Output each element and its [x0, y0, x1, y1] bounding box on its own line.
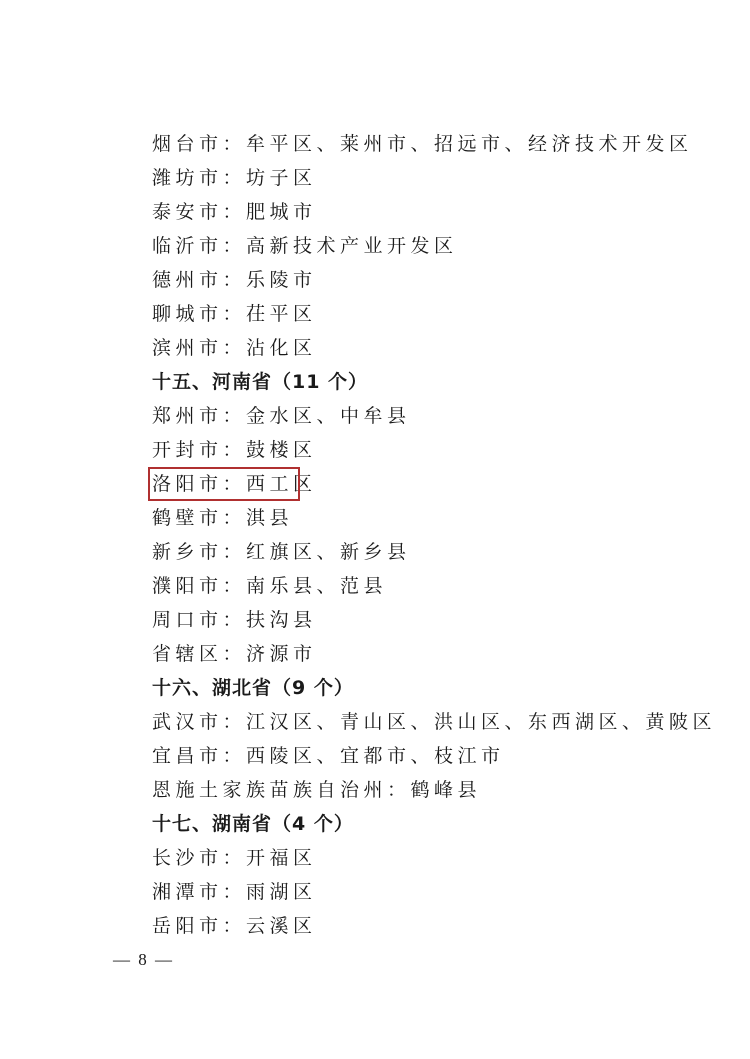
- section-heading-hunan: 十七、湖南省（4 个）: [152, 807, 716, 841]
- list-item: 武汉市：江汉区、青山区、洪山区、东西湖区、黄陂区: [152, 705, 716, 739]
- district-names: 鹤峰县: [411, 779, 482, 801]
- city-name: 滨州市: [152, 337, 223, 359]
- district-names: 鼓楼区: [246, 439, 317, 461]
- district-names: 江汉区、青山区、洪山区、东西湖区、黄陂区: [246, 711, 716, 733]
- separator: ：: [223, 541, 247, 563]
- district-list: 烟台市：牟平区、莱州市、招远市、经济技术开发区 潍坊市：坊子区 泰安市：肥城市 …: [152, 127, 716, 943]
- city-name: 潍坊市: [152, 167, 223, 189]
- city-name: 恩施土家族苗族自治州: [152, 779, 387, 801]
- district-names: 茌平区: [246, 303, 317, 325]
- list-item: 濮阳市：南乐县、范县: [152, 569, 716, 603]
- separator: ：: [223, 847, 247, 869]
- list-item: 临沂市：高新技术产业开发区: [152, 229, 716, 263]
- separator: ：: [223, 507, 247, 529]
- list-item: 潍坊市：坊子区: [152, 161, 716, 195]
- district-names: 云溪区: [246, 915, 317, 937]
- separator: ：: [223, 133, 247, 155]
- list-item: 烟台市：牟平区、莱州市、招远市、经济技术开发区: [152, 127, 716, 161]
- district-names: 开福区: [246, 847, 317, 869]
- list-item: 湘潭市：雨湖区: [152, 875, 716, 909]
- section-heading-hubei: 十六、湖北省（9 个）: [152, 671, 716, 705]
- separator: ：: [223, 269, 247, 291]
- separator: ：: [223, 235, 247, 257]
- list-item: 省辖区：济源市: [152, 637, 716, 671]
- page-number: — 8 —: [113, 950, 174, 970]
- city-name: 烟台市: [152, 133, 223, 155]
- list-item: 开封市：鼓楼区: [152, 433, 716, 467]
- separator: ：: [223, 881, 247, 903]
- list-item: 长沙市：开福区: [152, 841, 716, 875]
- list-item: 泰安市：肥城市: [152, 195, 716, 229]
- city-name: 濮阳市: [152, 575, 223, 597]
- district-names: 肥城市: [246, 201, 317, 223]
- district-names: 高新技术产业开发区: [246, 235, 458, 257]
- district-names: 雨湖区: [246, 881, 317, 903]
- highlight-box: [148, 467, 300, 501]
- section-heading-henan: 十五、河南省（11 个）: [152, 365, 716, 399]
- separator: ：: [223, 575, 247, 597]
- city-name: 泰安市: [152, 201, 223, 223]
- separator: ：: [223, 439, 247, 461]
- district-names: 淇县: [246, 507, 293, 529]
- city-name: 临沂市: [152, 235, 223, 257]
- city-name: 宜昌市: [152, 745, 223, 767]
- city-name: 武汉市: [152, 711, 223, 733]
- separator: ：: [223, 643, 247, 665]
- city-name: 鹤壁市: [152, 507, 223, 529]
- list-item: 聊城市：茌平区: [152, 297, 716, 331]
- separator: ：: [223, 337, 247, 359]
- list-item: 滨州市：沾化区: [152, 331, 716, 365]
- separator: ：: [223, 405, 247, 427]
- separator: ：: [223, 201, 247, 223]
- district-names: 牟平区、莱州市、招远市、经济技术开发区: [246, 133, 693, 155]
- list-item: 郑州市：金水区、中牟县: [152, 399, 716, 433]
- city-name: 郑州市: [152, 405, 223, 427]
- district-names: 坊子区: [246, 167, 317, 189]
- district-names: 金水区、中牟县: [246, 405, 411, 427]
- separator: ：: [223, 915, 247, 937]
- list-item: 鹤壁市：淇县: [152, 501, 716, 535]
- city-name: 湘潭市: [152, 881, 223, 903]
- separator: ：: [223, 303, 247, 325]
- district-names: 济源市: [246, 643, 317, 665]
- list-item: 新乡市：红旗区、新乡县: [152, 535, 716, 569]
- list-item: 宜昌市：西陵区、宜都市、枝江市: [152, 739, 716, 773]
- district-names: 南乐县、范县: [246, 575, 387, 597]
- district-names: 乐陵市: [246, 269, 317, 291]
- city-name: 省辖区: [152, 643, 223, 665]
- separator: ：: [223, 711, 247, 733]
- city-name: 聊城市: [152, 303, 223, 325]
- city-name: 岳阳市: [152, 915, 223, 937]
- district-names: 红旗区、新乡县: [246, 541, 411, 563]
- list-item: 德州市：乐陵市: [152, 263, 716, 297]
- list-item: 周口市：扶沟县: [152, 603, 716, 637]
- separator: ：: [223, 745, 247, 767]
- district-names: 沾化区: [246, 337, 317, 359]
- district-names: 扶沟县: [246, 609, 317, 631]
- document-page: 烟台市：牟平区、莱州市、招远市、经济技术开发区 潍坊市：坊子区 泰安市：肥城市 …: [0, 0, 750, 1059]
- separator: ：: [387, 779, 411, 801]
- city-name: 开封市: [152, 439, 223, 461]
- city-name: 长沙市: [152, 847, 223, 869]
- city-name: 德州市: [152, 269, 223, 291]
- list-item: 岳阳市：云溪区: [152, 909, 716, 943]
- separator: ：: [223, 167, 247, 189]
- list-item: 恩施土家族苗族自治州：鹤峰县: [152, 773, 716, 807]
- city-name: 新乡市: [152, 541, 223, 563]
- city-name: 周口市: [152, 609, 223, 631]
- district-names: 西陵区、宜都市、枝江市: [246, 745, 505, 767]
- separator: ：: [223, 609, 247, 631]
